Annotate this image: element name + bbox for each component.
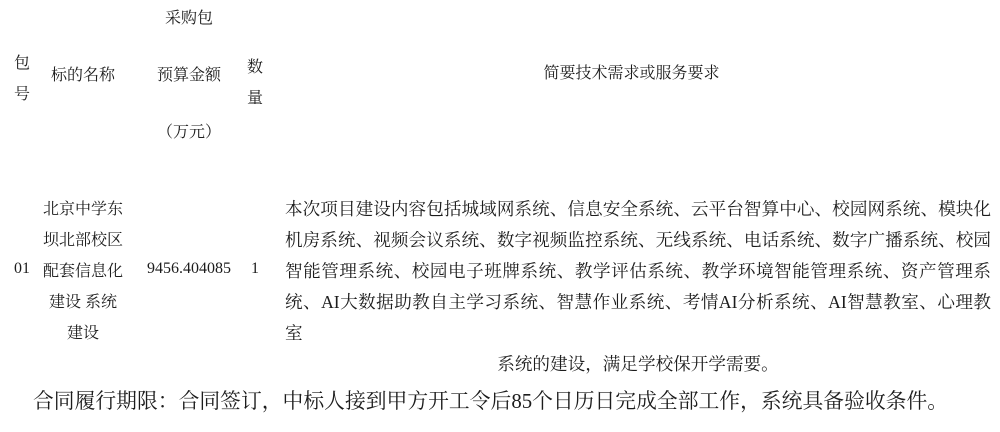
subject-name-line: 北京中学东	[36, 194, 130, 225]
cell-quantity: 1	[245, 253, 265, 284]
cell-subject-name: 北京中学东 坝北部校区 配套信息化 建设 系统 建设	[36, 194, 130, 349]
cell-package-no: 01	[4, 253, 40, 284]
contract-term-text: 合同履行期限：合同签订，中标人接到甲方开工令后85个日历日完成全部工作，系统具备…	[33, 389, 948, 415]
requirements-line: 本次项目建设内容包括城域网系统、信息安全系统、云平台智算中心、校园网系统、模块化	[285, 194, 991, 225]
cell-budget-amount: 9456.404085	[131, 253, 247, 284]
header-budget-line3: （万元）	[131, 104, 247, 161]
subject-name-line: 建设 系统	[36, 287, 130, 318]
subject-name-line: 坝北部校区	[36, 225, 130, 256]
requirements-line: 机房系统、视频会议系统、数字视频监控系统、无线系统、电话系统、数字广播系统、校园	[285, 225, 991, 256]
subject-name-line: 建设	[36, 318, 130, 349]
header-budget: 采购包 预算金额 （万元）	[131, 0, 247, 161]
header-budget-line2: 预算金额	[131, 47, 247, 104]
requirements-line-last: 系统的建设，满足学校保开学需要。	[285, 349, 991, 380]
cell-requirements: 本次项目建设内容包括城域网系统、信息安全系统、云平台智算中心、校园网系统、模块化…	[285, 194, 991, 380]
header-budget-line1: 采购包	[131, 0, 247, 47]
header-subject-name: 标的名称	[36, 60, 130, 91]
header-package-no: 包号	[12, 48, 32, 110]
subject-name-line: 配套信息化	[36, 256, 130, 287]
header-requirements: 简要技术需求或服务要求	[272, 58, 991, 89]
procurement-package-table: 包号 标的名称 采购包 预算金额 （万元） 数量 简要技术需求或服务要求 01 …	[0, 0, 1000, 432]
header-quantity: 数量	[245, 52, 265, 114]
requirements-line: 统、AI大数据助教自主学习系统、智慧作业系统、考情AI分析系统、AI智慧教室、心…	[285, 287, 991, 349]
requirements-line: 智能管理系统、校园电子班牌系统、教学评估系统、教学环境智能管理系统、资产管理系	[285, 256, 991, 287]
